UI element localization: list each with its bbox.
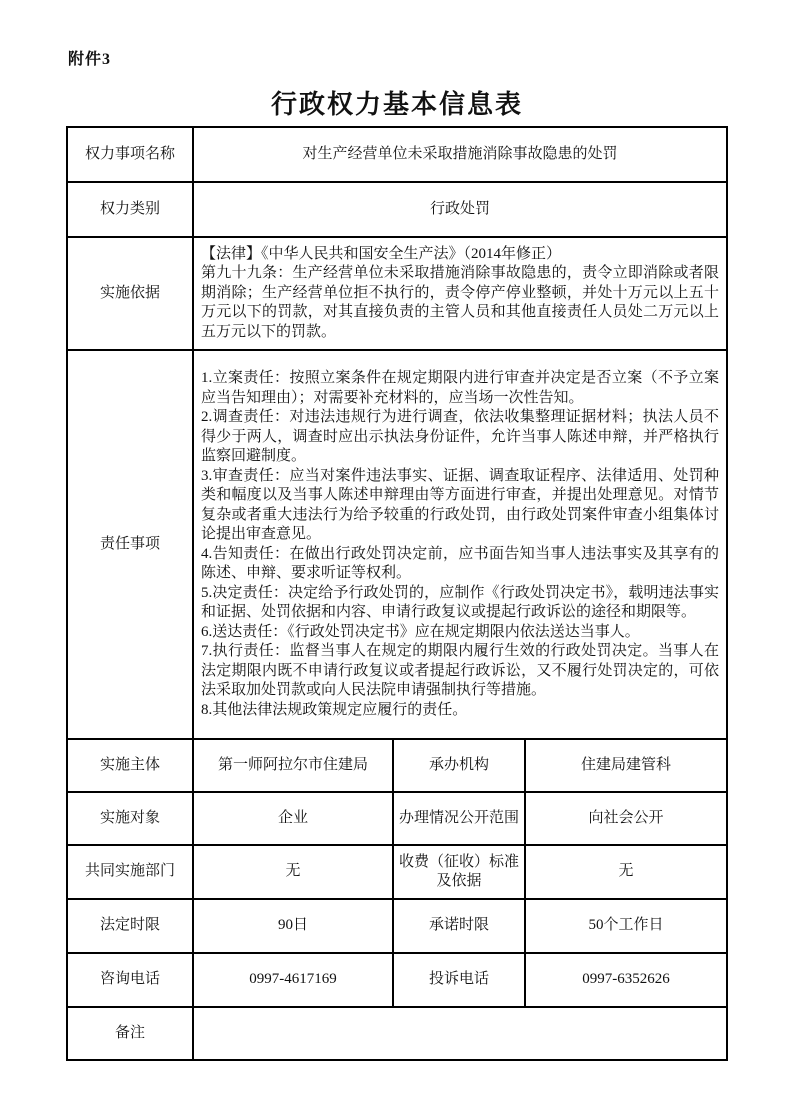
remarks-value-cell: [193, 1007, 727, 1060]
row-remarks: 备注: [67, 1007, 727, 1060]
duty-item: 5.决定责任：决定给予行政处罚的，应制作《行政处罚决定书》，载明违法事实和证据、…: [201, 584, 719, 623]
row-duties: 责任事项 1.立案责任：按照立案条件在规定期限内进行审查并决定是否立案（不予立案…: [67, 350, 727, 739]
agency-label-cell: 承办机构: [393, 739, 525, 792]
promised-limit-label-cell: 承诺时限: [393, 899, 525, 953]
target-label-cell: 实施对象: [67, 792, 193, 845]
row-time-limit: 法定时限 90日 承诺时限 50个工作日: [67, 899, 727, 953]
fee-label-cell: 收费（征收）标准及依据: [393, 845, 525, 899]
joint-value-cell: 无: [193, 845, 393, 899]
basis-paragraph: 第九十九条：生产经营单位未采取措施消除事故隐患的，责令立即消除或者限期消除；生产…: [201, 264, 719, 342]
disclosure-value-cell: 向社会公开: [525, 792, 727, 845]
category-value-cell: 行政处罚: [193, 182, 727, 237]
disclosure-label-cell: 办理情况公开范围: [393, 792, 525, 845]
basis-paragraph: 【法律】《中华人民共和国安全生产法》（2014年修正）: [201, 245, 719, 265]
document-page: 附件3 行政权力基本信息表 权力事项名称 对生产经营单位未采取措施消除事故隐患的…: [0, 0, 794, 1108]
duties-value-cell: 1.立案责任：按照立案条件在规定期限内进行审查并决定是否立案（不予立案应当告知理…: [193, 350, 727, 739]
row-phone: 咨询电话 0997-4617169 投诉电话 0997-6352626: [67, 953, 727, 1007]
complaint-phone-value-cell: 0997-6352626: [525, 953, 727, 1007]
page-title: 行政权力基本信息表: [0, 84, 794, 121]
row-item-name: 权力事项名称 对生产经营单位未采取措施消除事故隐患的处罚: [67, 127, 727, 182]
inquiry-phone-label-cell: 咨询电话: [67, 953, 193, 1007]
row-joint: 共同实施部门 无 收费（征收）标准及依据 无: [67, 845, 727, 899]
row-subject: 实施主体 第一师阿拉尔市住建局 承办机构 住建局建管科: [67, 739, 727, 792]
duty-item: 1.立案责任：按照立案条件在规定期限内进行审查并决定是否立案（不予立案应当告知理…: [201, 369, 719, 408]
duty-item: 3.审查责任：应当对案件违法事实、证据、调查取证程序、法律适用、处罚种类和幅度以…: [201, 467, 719, 545]
duty-item: 2.调查责任：对违法违规行为进行调查，依法收集整理证据材料；执法人员不得少于两人…: [201, 408, 719, 467]
legal-limit-value-cell: 90日: [193, 899, 393, 953]
category-label-cell: 权力类别: [67, 182, 193, 237]
agency-value-cell: 住建局建管科: [525, 739, 727, 792]
duty-item: 4.告知责任：在做出行政处罚决定前，应书面告知当事人违法事实及其享有的陈述、申辩…: [201, 545, 719, 584]
target-value-cell: 企业: [193, 792, 393, 845]
remarks-label-cell: 备注: [67, 1007, 193, 1060]
subject-value-cell: 第一师阿拉尔市住建局: [193, 739, 393, 792]
item-name-label-cell: 权力事项名称: [67, 127, 193, 182]
row-basis: 实施依据 【法律】《中华人民共和国安全生产法》（2014年修正） 第九十九条：生…: [67, 237, 727, 350]
row-target: 实施对象 企业 办理情况公开范围 向社会公开: [67, 792, 727, 845]
complaint-phone-label-cell: 投诉电话: [393, 953, 525, 1007]
item-name-value-cell: 对生产经营单位未采取措施消除事故隐患的处罚: [193, 127, 727, 182]
joint-label-cell: 共同实施部门: [67, 845, 193, 899]
subject-label-cell: 实施主体: [67, 739, 193, 792]
duty-item: 7.执行责任：监督当事人在规定的期限内履行生效的行政处罚决定。当事人在法定期限内…: [201, 642, 719, 701]
basis-value-cell: 【法律】《中华人民共和国安全生产法》（2014年修正） 第九十九条：生产经营单位…: [193, 237, 727, 350]
attachment-label: 附件3: [68, 46, 111, 69]
duties-label-cell: 责任事项: [67, 350, 193, 739]
fee-value-cell: 无: [525, 845, 727, 899]
duty-item: 8.其他法律法规政策规定应履行的责任。: [201, 701, 719, 721]
row-category: 权力类别 行政处罚: [67, 182, 727, 237]
info-table: 权力事项名称 对生产经营单位未采取措施消除事故隐患的处罚 权力类别 行政处罚 实…: [66, 126, 728, 1061]
promised-limit-value-cell: 50个工作日: [525, 899, 727, 953]
basis-label-cell: 实施依据: [67, 237, 193, 350]
legal-limit-label-cell: 法定时限: [67, 899, 193, 953]
inquiry-phone-value-cell: 0997-4617169: [193, 953, 393, 1007]
duty-item: 6.送达责任：《行政处罚决定书》应在规定期限内依法送达当事人。: [201, 623, 719, 643]
